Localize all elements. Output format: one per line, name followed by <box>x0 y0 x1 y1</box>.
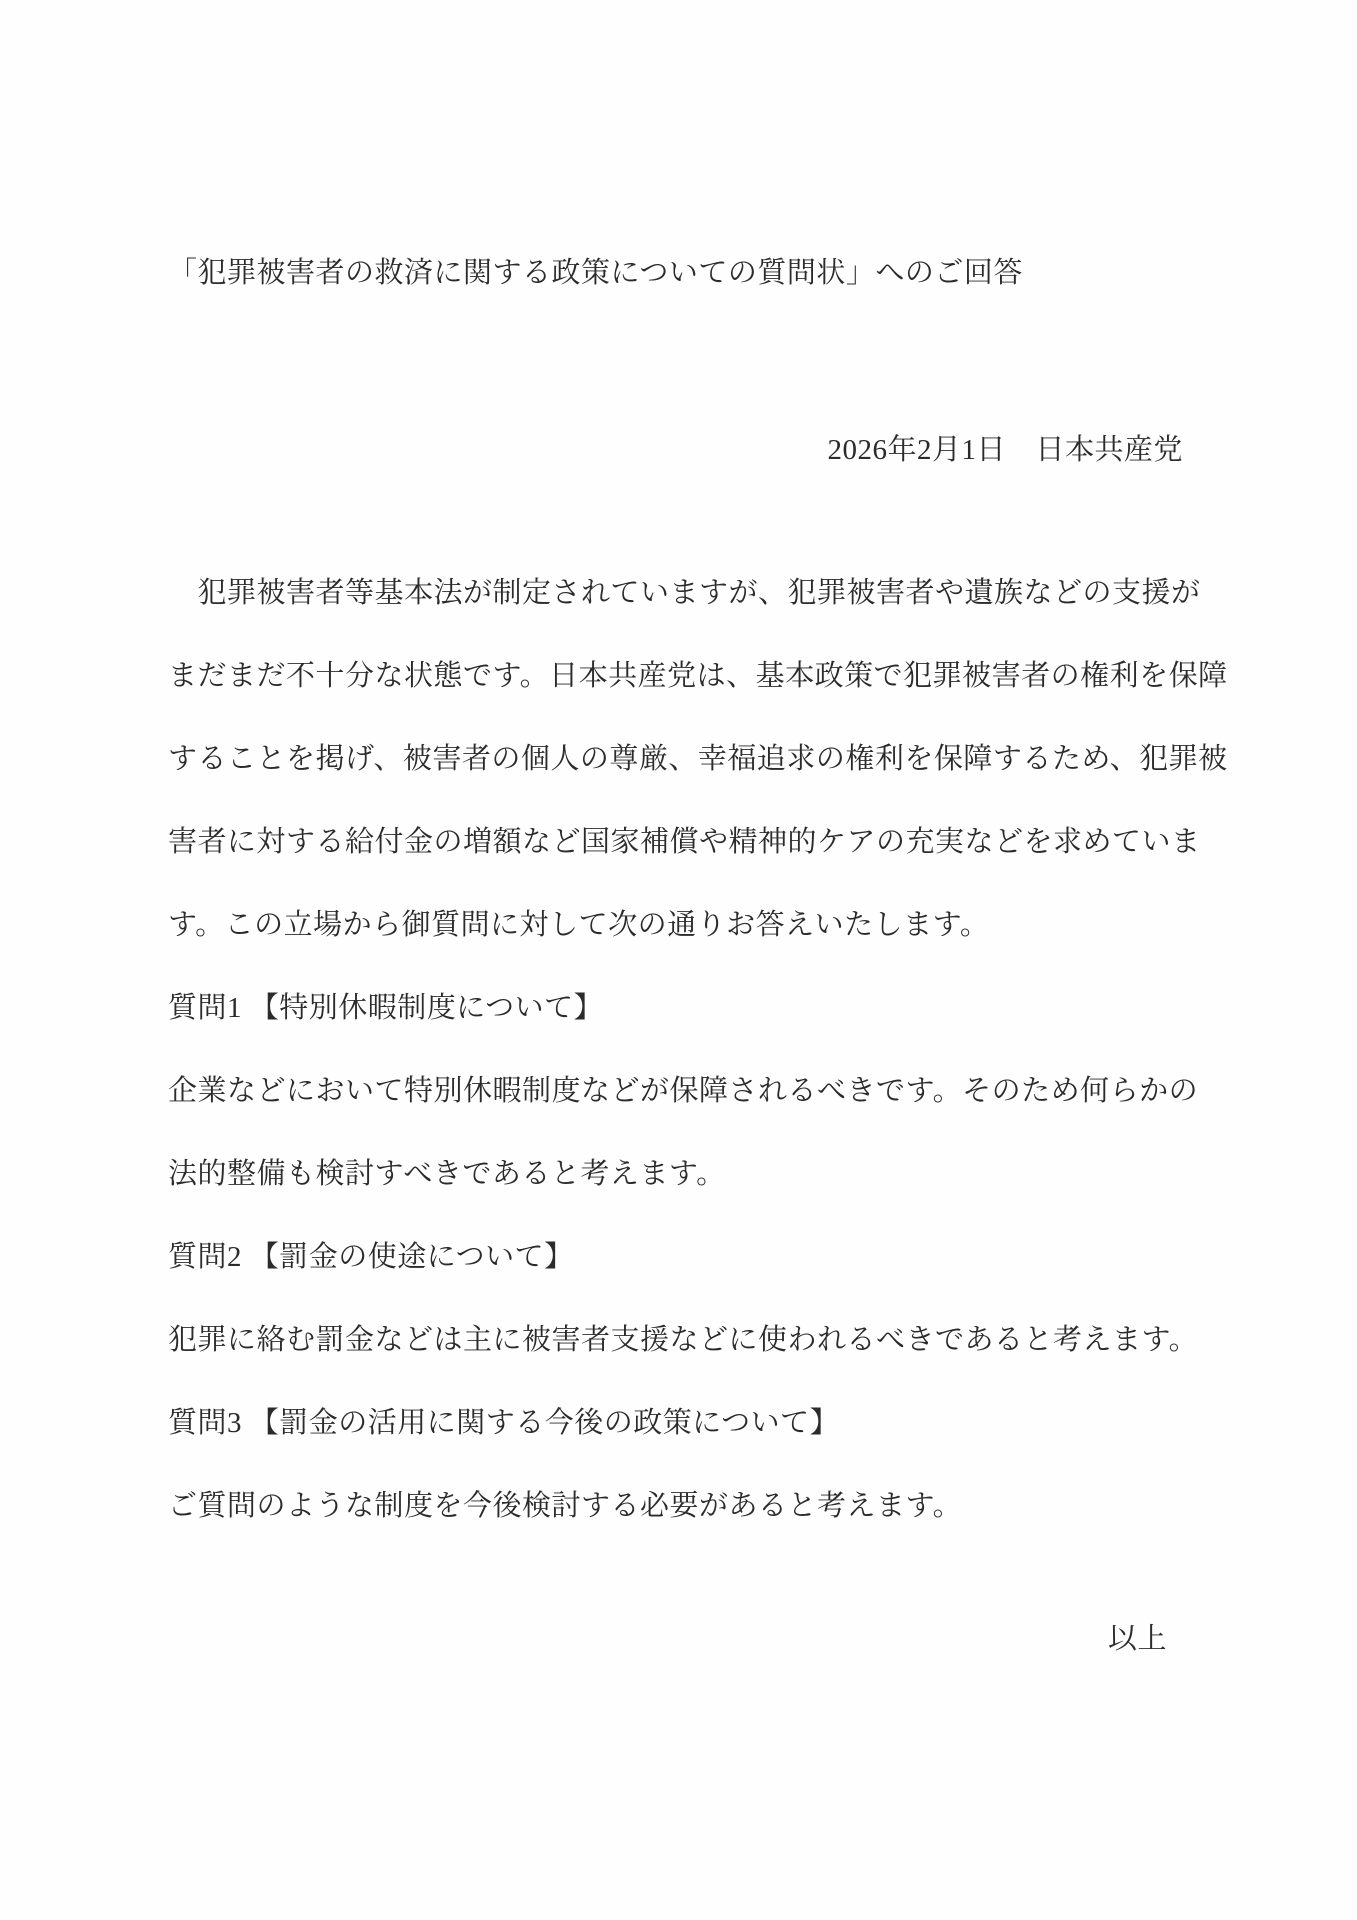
document-title: 「犯罪被害者の救済に関する政策についての質問状」へのご回答 <box>168 232 1189 315</box>
date-line: 2026年2月1日 日本共産党 <box>168 409 1189 492</box>
question-3-heading: 質問3 【罰金の活用に関する今後の政策について】 <box>168 1382 1189 1465</box>
question-2-section: 質問2 【罰金の使途について】 犯罪に絡む罰金などは主に被害者支援などに使われる… <box>168 1216 1189 1382</box>
answer-line: 犯罪に絡む罰金などは主に被害者支援などに使われるべきであると考えます。 <box>168 1299 1189 1382</box>
closing-label: 以上 <box>168 1598 1189 1681</box>
body-line: まだまだ不十分な状態です。日本共産党は、基本政策で犯罪被害者の権利を保障 <box>168 635 1189 718</box>
document-page: 「犯罪被害者の救済に関する政策についての質問状」へのご回答 2026年2月1日 … <box>0 0 1357 1920</box>
body-line: す。この立場から御質問に対して次の通りお答えいたします。 <box>168 884 1189 967</box>
question-1-section: 質問1 【特別休暇制度について】 企業などにおいて特別休暇制度などが保障されるべ… <box>168 967 1189 1216</box>
opening-paragraph: 犯罪被害者等基本法が制定されていますが、犯罪被害者や遺族などの支援が まだまだ不… <box>168 552 1189 967</box>
answer-line: 企業などにおいて特別休暇制度などが保障されるべきです。そのため何らかの <box>168 1050 1189 1133</box>
answer-line: ご質問のような制度を今後検討する必要があると考えます。 <box>168 1465 1189 1548</box>
question-2-heading: 質問2 【罰金の使途について】 <box>168 1216 1189 1299</box>
question-3-section: 質問3 【罰金の活用に関する今後の政策について】 ご質問のような制度を今後検討す… <box>168 1382 1189 1548</box>
answer-line: 法的整備も検討すべきであると考えます。 <box>168 1133 1189 1216</box>
body-line: することを掲げ、被害者の個人の尊厳、幸福追求の権利を保障するため、犯罪被 <box>168 718 1189 801</box>
body-line: 害者に対する給付金の増額など国家補償や精神的ケアの充実などを求めていま <box>168 801 1189 884</box>
question-1-heading: 質問1 【特別休暇制度について】 <box>168 967 1189 1050</box>
body-line: 犯罪被害者等基本法が制定されていますが、犯罪被害者や遺族などの支援が <box>168 552 1189 635</box>
